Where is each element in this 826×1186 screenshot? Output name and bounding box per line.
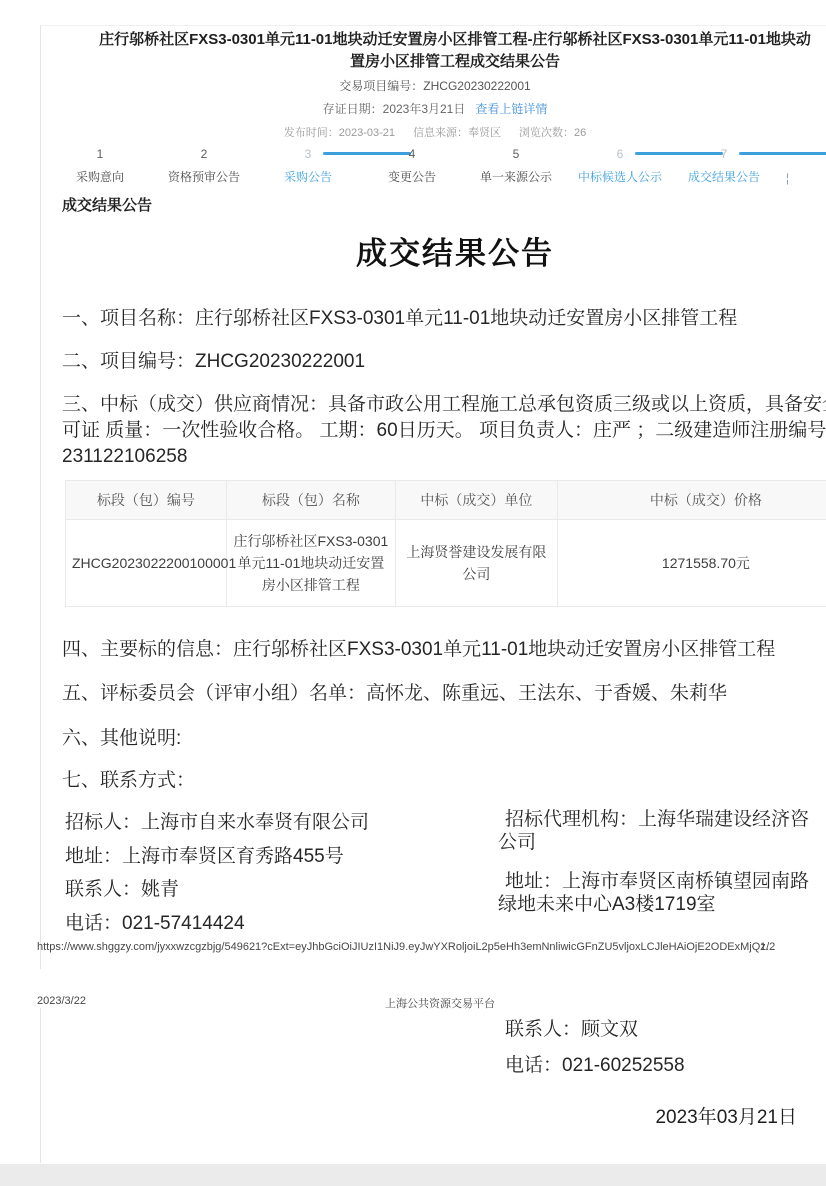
page2-left-border [40,1008,41,1163]
col-header-package-no: 标段（包）编号 [66,481,227,520]
publish-meta-row: 发布时间：2023-03-21信息来源：奉贤区浏览次数：26 [40,124,826,140]
supplier-info-line2: 可证 质量：一次性验收合格。 工期：60日历天。 项目负责人：庄严 ；二级建造师… [62,418,826,444]
agency-contact-name: 联系人：顾文双 [505,1012,685,1048]
step-label[interactable]: 采购意向 [48,170,152,184]
table-row: ZHCG2023022200100001 庄行邬桥社区FXS3-0301单元11… [66,520,826,607]
agency-address-line1: 地址：上海市奉贤区南桥镇望园南路 [498,870,826,893]
step-item-3[interactable]: 3 采购公告 [256,147,360,184]
trade-no-value: ZHCG20230222001 [423,79,530,93]
page-bottom-strip [0,1164,826,1186]
print-header-site-title: 上海公共资源交易平台 [40,995,826,1011]
progress-stepper: 1 采购意向 2 资格预审公告 3 采购公告 4 变更公告 5 单一来源公示 6… [48,147,826,184]
step-label[interactable]: 资格预审公告 [152,170,256,184]
announce-date: 2023年03月21日 [40,1102,797,1129]
step-item-7[interactable]: 7 成交结果公告 [672,147,776,184]
col-header-price: 中标（成交）价格 [557,481,826,520]
cert-date-value: 2023年3月21日 [383,102,466,116]
supplier-info-line3: 231122106258 [62,444,826,470]
trade-project-no-row: 交易项目编号：ZHCG20230222001 [40,77,826,94]
info-source: 信息来源：奉贤区 [413,127,501,139]
page1-top-border [40,25,826,26]
step-label[interactable]: 采购公告 [256,170,360,184]
step-number: 3 [256,147,360,161]
section-project-name: 一、项目名称：庄行邬桥社区FXS3-0301单元11-01地块动迁安置房小区排管… [62,306,826,332]
tenderer-address: 地址：上海市奉贤区育秀路455号 [65,840,369,874]
publish-time: 发布时间：2023-03-21 [284,127,395,139]
step-number: 6 [568,147,672,161]
step-label[interactable]: 中标候选人公示 [568,170,672,184]
cell-package-no: ZHCG2023022200100001 [66,520,227,607]
agency-name-line1: 招标代理机构：上海华瑞建设经济咨 [498,808,826,831]
agency-name: 招标代理机构：上海华瑞建设经济咨 公司 [498,808,826,854]
agency-contact-phone: 电话：021-60252558 [505,1048,685,1084]
step-label[interactable]: 变更公告 [360,170,464,184]
page-title: 成交结果公告 [40,228,826,273]
step-item-6[interactable]: 6 中标候选人公示 [568,147,672,184]
agency-block: 招标代理机构：上海华瑞建设经济咨 公司 地址：上海市奉贤区南桥镇望园南路 绿地未… [498,808,826,932]
section-supplier-info: 三、中标（成交）供应商情况：具备市政公用工程施工总承包资质三级或以上资质，具备安… [62,392,826,470]
step-number: 1 [48,147,152,161]
page1-left-border [40,25,41,969]
step-label[interactable]: 成交结果公告 [672,170,776,184]
step-item-1[interactable]: 1 采购意向 [48,147,152,184]
step-number: 2 [152,147,256,161]
print-page-indicator: 1/2 [760,941,810,953]
cell-price: 1271558.70元 [557,520,826,607]
section-contact-heading: 七、联系方式： [62,768,826,794]
col-header-package-name: 标段（包）名称 [226,481,395,520]
cell-winner: 上海贤誉建设发展有限公司 [395,520,557,607]
step-item-4[interactable]: 4 变更公告 [360,147,464,184]
tenderer-name: 招标人：上海市自来水奉贤有限公司 [65,806,369,840]
cert-date-label: 存证日期： [323,102,383,116]
supplier-info-line1: 三、中标（成交）供应商情况：具备市政公用工程施工总承包资质三级或以上资质，具备安… [62,392,826,418]
step-number: 5 [464,147,568,161]
section-project-no: 二、项目编号：ZHCG20230222001 [62,349,826,375]
breadcrumb-label: 成交结果公告 [62,194,152,215]
step-item-2[interactable]: 2 资格预审公告 [152,147,256,184]
print-footer-url: https://www.shggzy.com/jyxxwzcgzbjg/5496… [37,941,757,953]
view-count: 浏览次数：26 [519,127,586,139]
section-subject-info: 四、主要标的信息：庄行邬桥社区FXS3-0301单元11-01地块动迁安置房小区… [62,637,826,663]
agency-address: 地址：上海市奉贤区南桥镇望园南路 绿地未来中心A3楼1719室 [498,870,826,916]
step-item-5[interactable]: 5 单一来源公示 [464,147,568,184]
agency-address-line2: 绿地未来中心A3楼1719室 [498,893,826,916]
step-number: 4 [360,147,464,161]
chain-detail-link[interactable]: 查看上链详情 [475,102,547,116]
agency-contact-block: 联系人：顾文双 电话：021-60252558 [505,1012,685,1084]
step-number: 7 [672,147,776,161]
tenderer-contact: 联系人：姚青 [65,873,369,907]
cell-package-name: 庄行邬桥社区FXS3-0301单元11-01地块动迁安置房小区排管工程 [226,520,395,607]
cert-date-row: 存证日期：2023年3月21日查看上链详情 [40,100,826,117]
col-header-winner: 中标（成交）单位 [395,481,557,520]
section-other-notes: 六、其他说明: [62,726,826,752]
step-8-clipped-label: ¦ [786,171,789,185]
trade-no-label: 交易项目编号： [339,79,423,93]
tenderer-phone: 电话：021-57414424 [65,907,369,941]
result-table: 标段（包）编号 标段（包）名称 中标（成交）单位 中标（成交）价格 ZHCG20… [65,480,826,607]
doc-title-line2: 置房小区排管工程成交结果公告 [40,51,826,73]
tenderer-block: 招标人：上海市自来水奉贤有限公司 地址：上海市奉贤区育秀路455号 联系人：姚青… [65,806,369,940]
step-label[interactable]: 单一来源公示 [464,170,568,184]
table-header-row: 标段（包）编号 标段（包）名称 中标（成交）单位 中标（成交）价格 [66,481,826,520]
doc-title: 庄行邬桥社区FXS3-0301单元11-01地块动迁安置房小区排管工程-庄行邬桥… [40,29,826,73]
section-committee: 五、评标委员会（评审小组）名单：高怀龙、陈重远、王法东、于香媛、朱莉华 [62,681,826,707]
agency-name-line2: 公司 [498,831,826,854]
doc-title-line1: 庄行邬桥社区FXS3-0301单元11-01地块动迁安置房小区排管工程-庄行邬桥… [40,29,826,51]
